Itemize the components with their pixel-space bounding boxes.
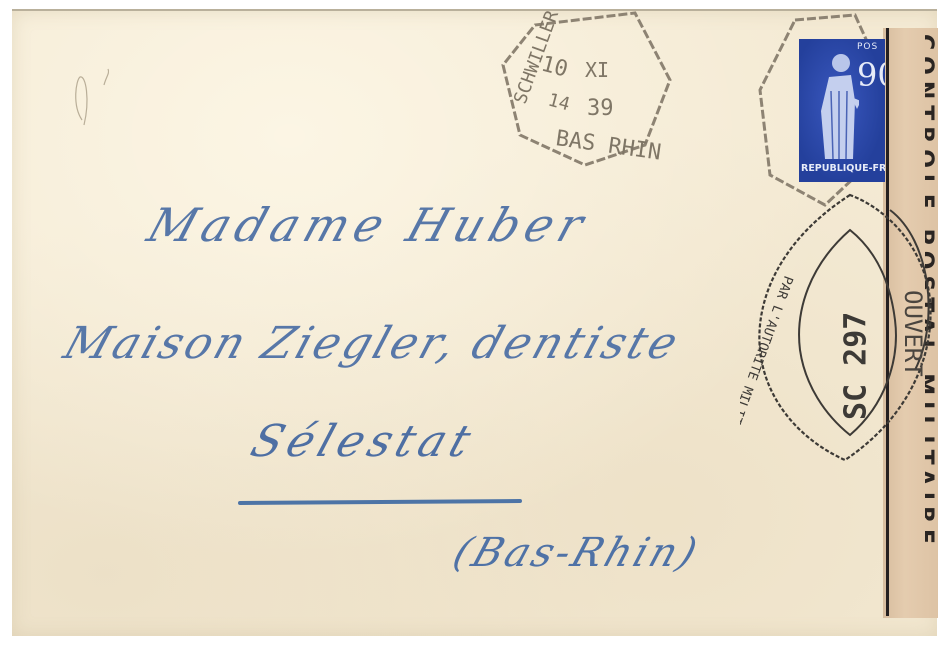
address-city: Sélestat [245, 416, 482, 467]
address-block: Madame Huber Maison Ziegler, dentiste Sé… [0, 0, 949, 650]
address-region: (Bas-Rhin) [448, 530, 706, 576]
address-recipient: Madame Huber [141, 198, 596, 252]
city-underline [238, 499, 522, 505]
address-street: Maison Ziegler, dentiste [58, 318, 687, 369]
